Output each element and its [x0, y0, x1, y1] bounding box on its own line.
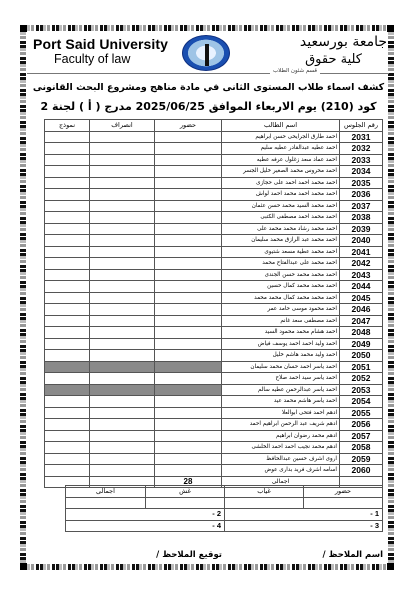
table-row: 2031احمد طارق الجرايحى حسن ابراهيم	[45, 131, 383, 143]
summary-table: حضور غياب غش اجمالى 1 - 2 - 3 - 4 -	[65, 485, 383, 532]
attendance-cell[interactable]	[155, 384, 222, 396]
form-cell[interactable]	[45, 281, 90, 293]
student-name: اروى اشرف حسين عبدالحافظ	[222, 453, 340, 465]
document-title: كشف اسماء طلاب المستوى الثانى في مادة من…	[0, 82, 417, 93]
attendance-cell[interactable]	[155, 315, 222, 327]
student-name: احمد وليد محمد هاشم خليل	[222, 350, 340, 362]
students-table: رقم الجلوس اسم الطالب حضور انصراف نموذج …	[44, 119, 383, 488]
seat-number: 2055	[340, 407, 383, 419]
lighthouse-icon	[205, 44, 209, 66]
table-row: 2053احمد ياسر عبدالرحمن عطيه سالم	[45, 384, 383, 396]
summary-attendance: حضور	[304, 486, 383, 498]
student-name: احمد هشام محمد محمود السيد	[222, 327, 340, 339]
seat-number: 2033	[340, 154, 383, 166]
leave-cell[interactable]	[90, 269, 155, 281]
form-cell[interactable]	[45, 258, 90, 270]
form-cell[interactable]	[45, 384, 90, 396]
attendance-cell[interactable]	[155, 246, 222, 258]
student-name: احمد محمد السيد محمد حسن عثمان	[222, 200, 340, 212]
student-name: احمد محمد احمد احمد على حجازى	[222, 177, 340, 189]
form-cell[interactable]	[45, 304, 90, 316]
student-name: احمد محمد احمد مصطفى الكتبى	[222, 212, 340, 224]
form-cell[interactable]	[45, 361, 90, 373]
student-name: احمد محمد عطية مسعد شتيوى	[222, 246, 340, 258]
attendance-cell[interactable]	[155, 143, 222, 155]
student-name: احمد مصطفى سعد غانم	[222, 315, 340, 327]
student-name: احمد محمد محمد كمال حسين	[222, 281, 340, 293]
attendance-cell[interactable]	[155, 131, 222, 143]
table-row: 2058ادهم محمد نجيب احمد احمد الخلشى	[45, 442, 383, 454]
exam-details: كود (210) يوم الاربعاء الموافق 2025/06/2…	[0, 100, 417, 113]
form-cell[interactable]	[45, 327, 90, 339]
attendance-cell[interactable]	[155, 453, 222, 465]
table-row: 2032احمد عطيه عبدالقادر عطيه سليم	[45, 143, 383, 155]
student-name: ادهم احمد فتحى ابوالعلا	[222, 407, 340, 419]
form-cell[interactable]	[45, 235, 90, 247]
leave-cell[interactable]	[90, 246, 155, 258]
table-row: 2040احمد محمد عبد الرازق محمد سليمان	[45, 235, 383, 247]
table-row: 2049احمد وليد احمد احمد يوسف فياض	[45, 338, 383, 350]
summary-header-row: حضور غياب غش اجمالى	[66, 486, 383, 498]
seat-number: 2041	[340, 246, 383, 258]
attendance-cell[interactable]	[155, 235, 222, 247]
attendance-cell[interactable]	[155, 407, 222, 419]
table-row: 2052احمد ياسر سيد احمد صلاح	[45, 373, 383, 385]
leave-cell[interactable]	[90, 281, 155, 293]
student-name: احمد عماد سعد زغلول عرفه عطيه	[222, 154, 340, 166]
attendance-cell[interactable]	[155, 223, 222, 235]
table-row: 2051احمد ياسر احمد حسان محمد سليمان	[45, 361, 383, 373]
leave-cell[interactable]	[90, 315, 155, 327]
student-name: احمد محمود موسى حامد عمر	[222, 304, 340, 316]
student-name: احمد محمد محمد كمال محمد محمد	[222, 292, 340, 304]
university-name-ar: جامعة بورسعيد	[300, 34, 387, 50]
leave-cell[interactable]	[90, 361, 155, 373]
leave-cell[interactable]	[90, 373, 155, 385]
summary-absence: غياب	[225, 486, 304, 498]
student-name: احمد محمد على عبدالفتاح محمد	[222, 258, 340, 270]
attendance-cell[interactable]	[155, 304, 222, 316]
seat-number: 2042	[340, 258, 383, 270]
seat-number: 2057	[340, 430, 383, 442]
table-header-row: رقم الجلوس اسم الطالب حضور انصراف نموذج	[45, 120, 383, 132]
form-cell[interactable]	[45, 189, 90, 201]
table-row: 2034احمد محروس محمد الصغير خليل الجسر	[45, 166, 383, 178]
form-cell[interactable]	[45, 223, 90, 235]
form-cell[interactable]	[45, 212, 90, 224]
note-2: 2 -	[66, 509, 225, 521]
student-name: ادهم محمد نجيب احمد احمد الخلشى	[222, 442, 340, 454]
faculty-name-ar: كلية حقوق	[305, 52, 362, 67]
leave-cell[interactable]	[90, 419, 155, 431]
summary-attendance-value	[304, 497, 383, 509]
attendance-cell[interactable]	[155, 396, 222, 408]
seat-number: 2048	[340, 327, 383, 339]
table-row: 2033احمد عماد سعد زغلول عرفه عطيه	[45, 154, 383, 166]
leave-cell[interactable]	[90, 442, 155, 454]
seat-number: 2039	[340, 223, 383, 235]
student-name: احمد محمد احمد محمد احمد لواش	[222, 189, 340, 201]
leave-cell[interactable]	[90, 453, 155, 465]
form-cell[interactable]	[45, 407, 90, 419]
seat-number: 2045	[340, 292, 383, 304]
seat-number: 2058	[340, 442, 383, 454]
form-cell[interactable]	[45, 315, 90, 327]
leave-cell[interactable]	[90, 465, 155, 477]
col-seat-number: رقم الجلوس	[340, 120, 383, 132]
observer-signature-label: توقيع الملاحظ /	[156, 550, 222, 560]
form-cell[interactable]	[45, 131, 90, 143]
form-cell[interactable]	[45, 465, 90, 477]
form-cell[interactable]	[45, 373, 90, 385]
note-1: 1 -	[225, 509, 383, 521]
student-name: احمد محمد عبد الرازق محمد سليمان	[222, 235, 340, 247]
form-cell[interactable]	[45, 430, 90, 442]
summary-notes-row: 3 - 4 -	[66, 520, 383, 532]
department-label: قسم شئون الطلاب	[270, 68, 320, 74]
faculty-name-en: Faculty of law	[54, 52, 130, 66]
header-divider	[27, 73, 389, 74]
student-name: احمد طارق الجرايحى حسن ابراهيم	[222, 131, 340, 143]
student-name: احمد محمد رشاد محمد محمد على	[222, 223, 340, 235]
attendance-cell[interactable]	[155, 442, 222, 454]
form-cell[interactable]	[45, 269, 90, 281]
form-cell[interactable]	[45, 143, 90, 155]
form-cell[interactable]	[45, 442, 90, 454]
attendance-cell[interactable]	[155, 200, 222, 212]
observer-name-label: اسم الملاحظ /	[323, 550, 383, 560]
attendance-cell[interactable]	[155, 292, 222, 304]
student-name: اسامه اشرف فريد بدارى عوض	[222, 465, 340, 477]
attendance-cell[interactable]	[155, 189, 222, 201]
form-cell[interactable]	[45, 350, 90, 362]
seat-number: 2053	[340, 384, 383, 396]
table-row: 2043احمد محمد محمد حسن الجندى	[45, 269, 383, 281]
table-row: 2044احمد محمد محمد كمال حسين	[45, 281, 383, 293]
leave-cell[interactable]	[90, 258, 155, 270]
seat-number: 2060	[340, 465, 383, 477]
leave-cell[interactable]	[90, 223, 155, 235]
summary-values-row	[66, 497, 383, 509]
seat-number: 2034	[340, 166, 383, 178]
leave-cell[interactable]	[90, 235, 155, 247]
border-top	[20, 25, 394, 31]
student-name: احمد محمد محمد حسن الجندى	[222, 269, 340, 281]
note-3: 3 -	[225, 520, 383, 532]
seat-number: 2050	[340, 350, 383, 362]
form-cell[interactable]	[45, 200, 90, 212]
table-row: 2045احمد محمد محمد كمال محمد محمد	[45, 292, 383, 304]
form-cell[interactable]	[45, 338, 90, 350]
leave-cell[interactable]	[90, 143, 155, 155]
attendance-cell[interactable]	[155, 361, 222, 373]
border-corner-icon	[387, 563, 394, 570]
attendance-cell[interactable]	[155, 338, 222, 350]
attendance-cell[interactable]	[155, 166, 222, 178]
leave-cell[interactable]	[90, 327, 155, 339]
seat-number: 2052	[340, 373, 383, 385]
summary-cheating: غش	[146, 486, 225, 498]
summary-cheating-value	[146, 497, 225, 509]
table-row: 2042احمد محمد على عبدالفتاح محمد	[45, 258, 383, 270]
student-name: احمد ياسر عبدالرحمن عطيه سالم	[222, 384, 340, 396]
leave-cell[interactable]	[90, 396, 155, 408]
attendance-cell[interactable]	[155, 373, 222, 385]
table-row: 2046احمد محمود موسى حامد عمر	[45, 304, 383, 316]
seat-number: 2035	[340, 177, 383, 189]
table-row: 2060اسامه اشرف فريد بدارى عوض	[45, 465, 383, 477]
seat-number: 2040	[340, 235, 383, 247]
attendance-cell[interactable]	[155, 419, 222, 431]
attendance-cell[interactable]	[155, 269, 222, 281]
form-cell[interactable]	[45, 292, 90, 304]
seat-number: 2032	[340, 143, 383, 155]
summary-notes-row: 1 - 2 -	[66, 509, 383, 521]
attendance-cell[interactable]	[155, 177, 222, 189]
leave-cell[interactable]	[90, 154, 155, 166]
col-form: نموذج	[45, 120, 90, 132]
attendance-cell[interactable]	[155, 430, 222, 442]
seat-number: 2051	[340, 361, 383, 373]
table-row: 2039احمد محمد رشاد محمد محمد على	[45, 223, 383, 235]
seat-number: 2059	[340, 453, 383, 465]
form-cell[interactable]	[45, 154, 90, 166]
attendance-cell[interactable]	[155, 465, 222, 477]
leave-cell[interactable]	[90, 304, 155, 316]
leave-cell[interactable]	[90, 338, 155, 350]
form-cell[interactable]	[45, 246, 90, 258]
border-corner-icon	[20, 563, 27, 570]
leave-cell[interactable]	[90, 430, 155, 442]
summary-absence-value	[225, 497, 304, 509]
table-row: 2054احمد ياسر هاشم محمد عيد	[45, 396, 383, 408]
leave-cell[interactable]	[90, 166, 155, 178]
student-name: احمد محروس محمد الصغير خليل الجسر	[222, 166, 340, 178]
leave-cell[interactable]	[90, 177, 155, 189]
seat-number: 2038	[340, 212, 383, 224]
leave-cell[interactable]	[90, 212, 155, 224]
border-corner-icon	[387, 25, 394, 32]
attendance-cell[interactable]	[155, 258, 222, 270]
form-cell[interactable]	[45, 453, 90, 465]
table-row: 2056ادهم شريف عبد الرحمن ابراهيم احمد	[45, 419, 383, 431]
attendance-cell[interactable]	[155, 350, 222, 362]
col-leave: انصراف	[90, 120, 155, 132]
attendance-cell[interactable]	[155, 327, 222, 339]
seat-number: 2043	[340, 269, 383, 281]
leave-cell[interactable]	[90, 407, 155, 419]
seat-number: 2054	[340, 396, 383, 408]
student-name: احمد عطيه عبدالقادر عطيه سليم	[222, 143, 340, 155]
student-name: ادهم شريف عبد الرحمن ابراهيم احمد	[222, 419, 340, 431]
table-row: 2041احمد محمد عطية مسعد شتيوى	[45, 246, 383, 258]
university-name-en: Port Said University	[33, 36, 168, 52]
student-name: احمد ياسر سيد احمد صلاح	[222, 373, 340, 385]
attendance-cell[interactable]	[155, 281, 222, 293]
form-cell[interactable]	[45, 177, 90, 189]
col-attendance: حضور	[155, 120, 222, 132]
border-bottom	[20, 564, 394, 570]
table-row: 2057ادهم محمد رضوان ابراهيم	[45, 430, 383, 442]
student-name: احمد وليد احمد احمد يوسف فياض	[222, 338, 340, 350]
border-corner-icon	[20, 25, 27, 32]
student-name: احمد ياسر هاشم محمد عيد	[222, 396, 340, 408]
leave-cell[interactable]	[90, 292, 155, 304]
summary-total: اجمالى	[66, 486, 146, 498]
form-cell[interactable]	[45, 419, 90, 431]
col-student-name: اسم الطالب	[222, 120, 340, 132]
attendance-cell[interactable]	[155, 212, 222, 224]
seat-number: 2044	[340, 281, 383, 293]
student-name: ادهم محمد رضوان ابراهيم	[222, 430, 340, 442]
table-row: 2048احمد هشام محمد محمود السيد	[45, 327, 383, 339]
table-row: 2038احمد محمد احمد مصطفى الكتبى	[45, 212, 383, 224]
seat-number: 2031	[340, 131, 383, 143]
table-row: 2035احمد محمد احمد احمد على حجازى	[45, 177, 383, 189]
table-row: 2059اروى اشرف حسين عبدالحافظ	[45, 453, 383, 465]
student-name: احمد ياسر احمد حسان محمد سليمان	[222, 361, 340, 373]
form-cell[interactable]	[45, 396, 90, 408]
seat-number: 2046	[340, 304, 383, 316]
note-4: 4 -	[66, 520, 225, 532]
table-row: 2055ادهم احمد فتحى ابوالعلا	[45, 407, 383, 419]
leave-cell[interactable]	[90, 384, 155, 396]
seat-number: 2036	[340, 189, 383, 201]
seat-number: 2049	[340, 338, 383, 350]
attendance-cell[interactable]	[155, 154, 222, 166]
table-row: 2037احمد محمد السيد محمد حسن عثمان	[45, 200, 383, 212]
university-seal-icon	[182, 35, 230, 71]
table-row: 2047احمد مصطفى سعد غانم	[45, 315, 383, 327]
summary-total-value	[66, 497, 146, 509]
seat-number: 2056	[340, 419, 383, 431]
leave-cell[interactable]	[90, 350, 155, 362]
leave-cell[interactable]	[90, 189, 155, 201]
leave-cell[interactable]	[90, 200, 155, 212]
form-cell[interactable]	[45, 166, 90, 178]
leave-cell[interactable]	[90, 131, 155, 143]
table-row: 2036احمد محمد احمد محمد احمد لواش	[45, 189, 383, 201]
seat-number: 2037	[340, 200, 383, 212]
seat-number: 2047	[340, 315, 383, 327]
table-row: 2050احمد وليد محمد هاشم خليل	[45, 350, 383, 362]
